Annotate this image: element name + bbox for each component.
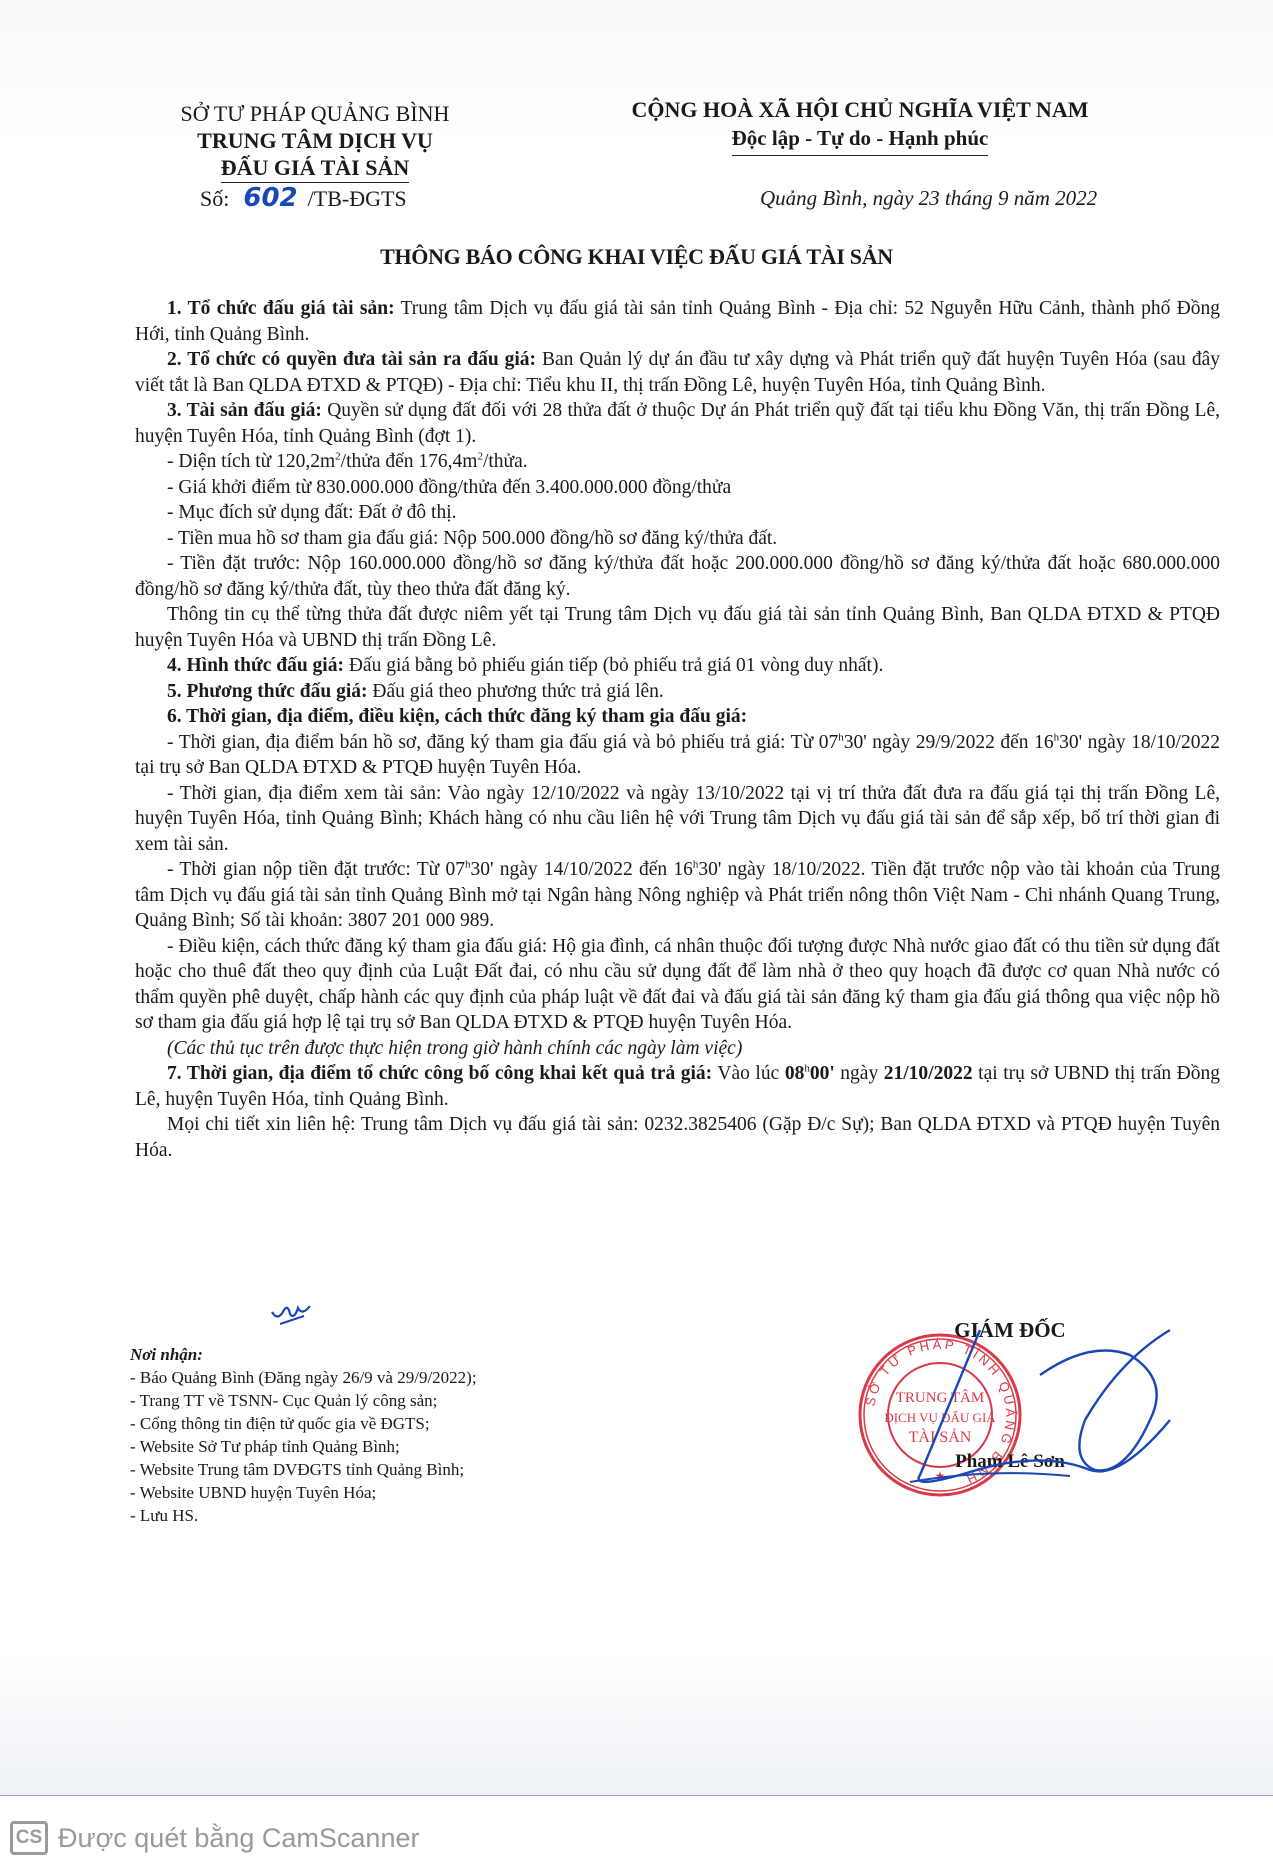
camscanner-logo-icon: CS — [10, 1821, 48, 1855]
national-header: CỘNG HOÀ XÃ HỘI CHỦ NGHĨA VIỆT NAM Độc l… — [600, 96, 1120, 156]
recipient-item: - Trang TT về TSNN- Cục Quản lý công sản… — [130, 1389, 477, 1412]
application-fee: - Tiền mua hồ sơ tham gia đấu giá: Nộp 5… — [135, 526, 1220, 552]
national-motto: Độc lập - Tự do - Hạnh phúc — [732, 124, 989, 156]
section-3: 3. Tài sản đấu giá: Quyền sử dụng đất đố… — [135, 398, 1220, 449]
document-number: Số:602/TB-ĐGTS — [150, 185, 480, 212]
section-7: 7. Thời gian, địa điểm tổ chức công bố c… — [135, 1061, 1220, 1112]
camscanner-watermark: CS Được quét bằng CamScanner — [10, 1818, 419, 1858]
handwritten-signature — [870, 1300, 1190, 1510]
recipient-item: - Cổng thông tin điện tử quốc gia về ĐGT… — [130, 1412, 477, 1435]
land-area: - Diện tích từ 120,2m2/thửa đến 176,4m2/… — [135, 449, 1220, 475]
handwritten-initials — [270, 1300, 316, 1326]
section-2: 2. Tổ chức có quyền đưa tài sản ra đấu g… — [135, 347, 1220, 398]
deposit-amount: - Tiền đặt trước: Nộp 160.000.000 đồng/h… — [135, 551, 1220, 602]
recipients-list: Nơi nhận: - Báo Quảng Bình (Đăng ngày 26… — [130, 1343, 477, 1527]
land-purpose: - Mục đích sử dụng đất: Đất ở đô thị. — [135, 500, 1220, 526]
organization-name-line2: ĐẤU GIÁ TÀI SẢN — [221, 154, 409, 183]
handwritten-number: 602 — [243, 183, 297, 213]
document-body: 1. Tổ chức đấu giá tài sản: Trung tâm Dị… — [135, 296, 1220, 1163]
recipient-item: - Website Trung tâm DVĐGTS tỉnh Quảng Bì… — [130, 1458, 477, 1481]
listing-info: Thông tin cụ thể từng thửa đất được niêm… — [135, 602, 1220, 653]
recipient-item: - Website Sở Tư pháp tỉnh Quảng Bình; — [130, 1435, 477, 1458]
recipient-item: - Website UBND huyện Tuyên Hóa; — [130, 1481, 477, 1504]
starting-price: - Giá khởi điểm từ 830.000.000 đồng/thửa… — [135, 475, 1220, 501]
section-5: 5. Phương thức đấu giá: Đấu giá theo phư… — [135, 679, 1220, 705]
section-6: 6. Thời gian, địa điểm, điều kiện, cách … — [135, 704, 1220, 730]
scanned-document-page: SỞ TƯ PHÁP QUẢNG BÌNH TRUNG TÂM DỊCH VỤ … — [0, 0, 1273, 1796]
recipient-item: - Báo Quảng Bình (Đăng ngày 26/9 và 29/9… — [130, 1366, 477, 1389]
organization-name-line1: TRUNG TÂM DỊCH VỤ — [150, 127, 480, 154]
deposit-time: - Thời gian nộp tiền đặt trước: Từ 07h30… — [135, 857, 1220, 934]
office-hours-note: (Các thủ tục trên được thực hiện trong g… — [135, 1036, 1220, 1062]
eligibility-conditions: - Điều kiện, cách thức đăng ký tham gia … — [135, 934, 1220, 1036]
document-title: THÔNG BÁO CÔNG KHAI VIỆC ĐẤU GIÁ TÀI SẢN — [0, 244, 1273, 270]
sale-registration-time: - Thời gian, địa điểm bán hồ sơ, đăng ký… — [135, 730, 1220, 781]
parent-organization: SỞ TƯ PHÁP QUẢNG BÌNH — [150, 100, 480, 127]
document-date: Quảng Bình, ngày 23 tháng 9 năm 2022 — [760, 186, 1097, 211]
contact-info: Mọi chi tiết xin liên hệ: Trung tâm Dịch… — [135, 1112, 1220, 1163]
issuing-organization-header: SỞ TƯ PHÁP QUẢNG BÌNH TRUNG TÂM DỊCH VỤ … — [150, 100, 480, 212]
country-name: CỘNG HOÀ XÃ HỘI CHỦ NGHĨA VIỆT NAM — [600, 96, 1120, 124]
recipients-heading: Nơi nhận: — [130, 1343, 477, 1366]
watermark-text: Được quét bằng CamScanner — [58, 1823, 419, 1854]
section-1: 1. Tổ chức đấu giá tài sản: Trung tâm Dị… — [135, 296, 1220, 347]
viewing-time: - Thời gian, địa điểm xem tài sản: Vào n… — [135, 781, 1220, 858]
section-4: 4. Hình thức đấu giá: Đấu giá bằng bỏ ph… — [135, 653, 1220, 679]
recipient-item: - Lưu HS. — [130, 1504, 477, 1527]
